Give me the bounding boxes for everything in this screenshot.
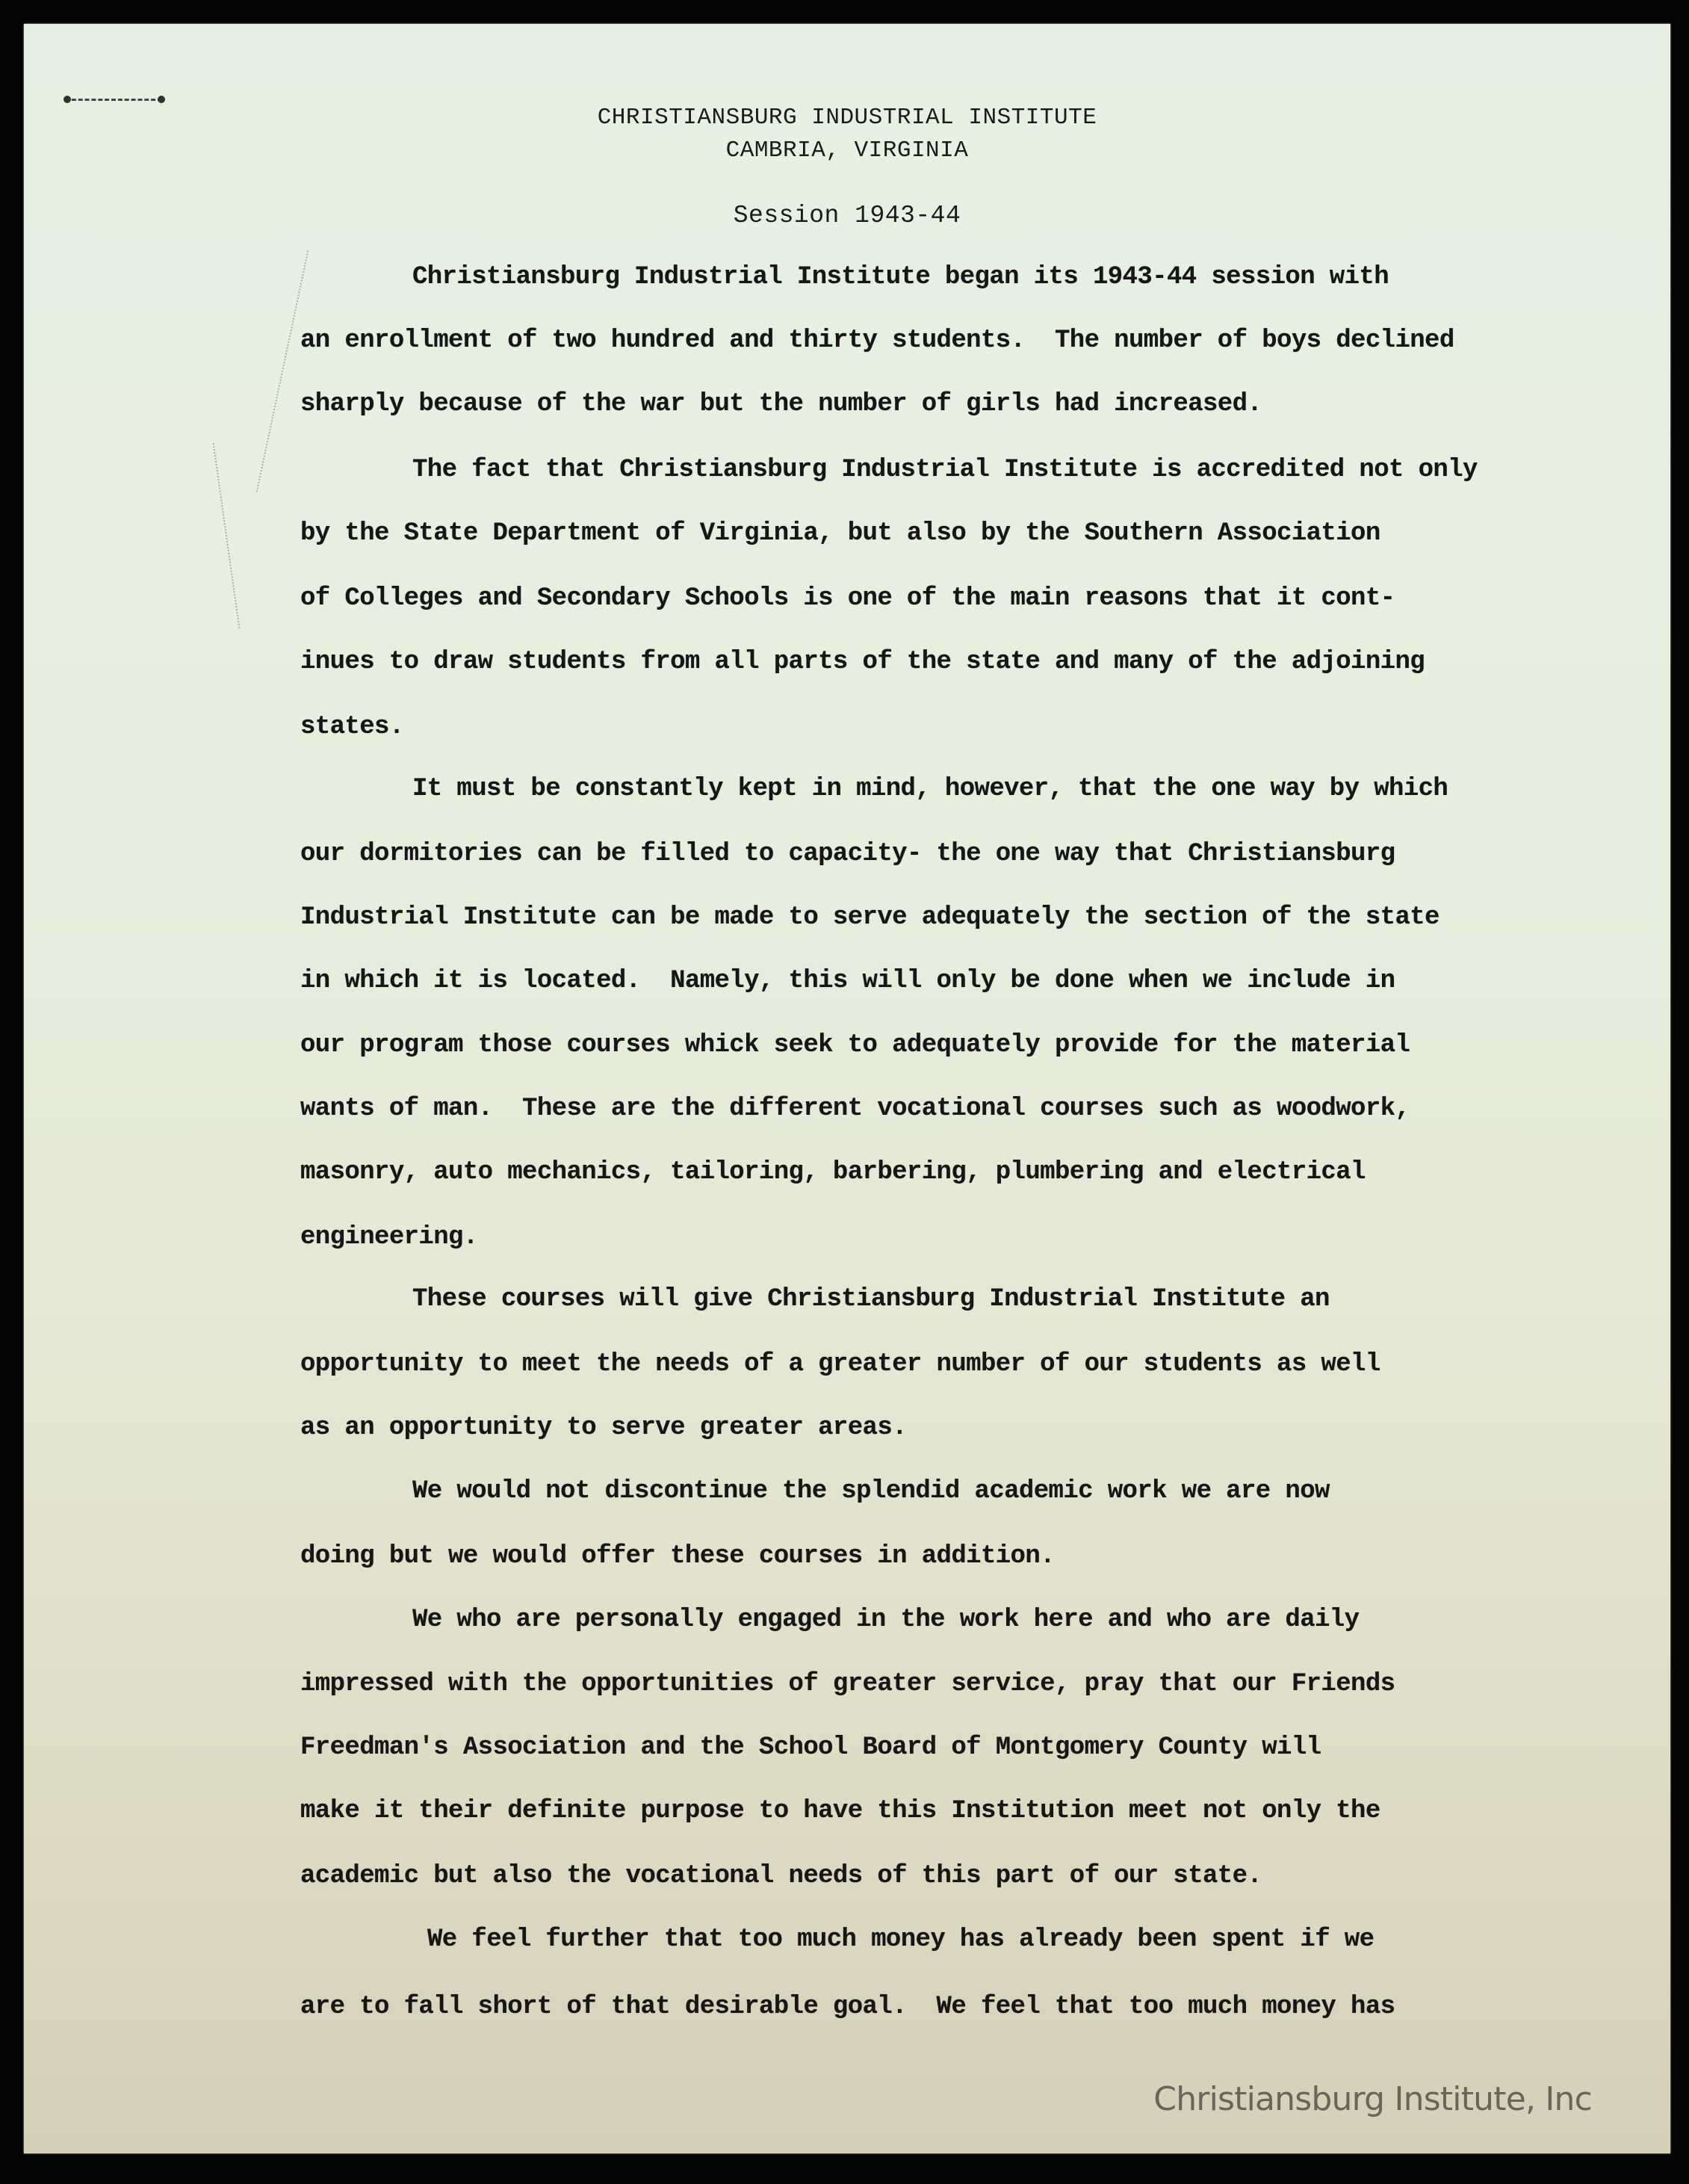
pencil-mark bbox=[256, 250, 309, 492]
body-line: masonry, auto mechanics, tailoring, barb… bbox=[300, 1158, 1366, 1187]
body-line: engineering. bbox=[300, 1223, 478, 1252]
body-line: Freedman's Association and the School Bo… bbox=[300, 1733, 1321, 1762]
body-line: academic but also the vocational needs o… bbox=[300, 1862, 1262, 1890]
body-line: We feel further that too much money has … bbox=[427, 1925, 1374, 1954]
body-line: are to fall short of that desirable goal… bbox=[300, 1993, 1395, 2021]
body-line: as an opportunity to serve greater areas… bbox=[300, 1414, 907, 1442]
body-line: It must be constantly kept in mind, howe… bbox=[412, 775, 1448, 803]
body-line: an enrollment of two hundred and thirty … bbox=[300, 327, 1454, 355]
body-line: wants of man. These are the different vo… bbox=[300, 1095, 1410, 1123]
session-heading: Session 1943-44 bbox=[24, 202, 1670, 229]
body-line: We who are personally engaged in the wor… bbox=[412, 1606, 1359, 1634]
body-line: We would not discontinue the splendid ac… bbox=[412, 1477, 1330, 1506]
body-line: make it their definite purpose to have t… bbox=[300, 1797, 1380, 1825]
body-line: Christiansburg Industrial Institute bega… bbox=[412, 263, 1389, 291]
watermark-text: Christiansburg Institute, Inc bbox=[1153, 2080, 1592, 2118]
body-line: in which it is located. Namely, this wil… bbox=[300, 967, 1395, 995]
body-line: states. bbox=[300, 713, 404, 741]
body-line: Industrial Institute can be made to serv… bbox=[300, 903, 1439, 932]
location-subtitle: CAMBRIA, VIRGINIA bbox=[24, 137, 1670, 164]
body-line: our dormitories can be filled to capacit… bbox=[300, 840, 1395, 868]
body-line: doing but we would offer these courses i… bbox=[300, 1542, 1055, 1571]
body-line: These courses will give Christiansburg I… bbox=[412, 1285, 1330, 1314]
body-line: The fact that Christiansburg Industrial … bbox=[412, 456, 1478, 484]
body-line: sharply because of the war but the numbe… bbox=[300, 390, 1262, 418]
body-line: opportunity to meet the needs of a great… bbox=[300, 1350, 1380, 1379]
body-line: inues to draw students from all parts of… bbox=[300, 648, 1425, 676]
body-line: of Colleges and Secondary Schools is one… bbox=[300, 584, 1395, 613]
body-line: our program those courses whick seek to … bbox=[300, 1031, 1410, 1059]
body-line: impressed with the opportunities of grea… bbox=[300, 1670, 1395, 1698]
pencil-mark bbox=[213, 443, 241, 628]
document-page: CHRISTIANSBURG INDUSTRIAL INSTITUTE CAMB… bbox=[24, 24, 1670, 2153]
body-line: by the State Department of Virginia, but… bbox=[300, 519, 1380, 548]
institution-title: CHRISTIANSBURG INDUSTRIAL INSTITUTE bbox=[24, 105, 1670, 131]
